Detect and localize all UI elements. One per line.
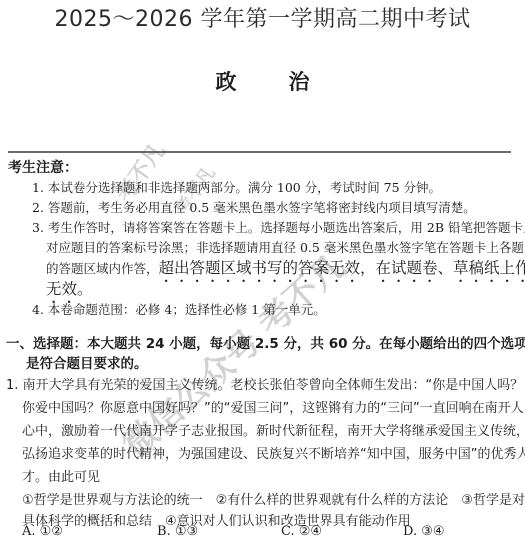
- question-statements: ①哲学是世界观与方法论的统一 ②有什么样的世界观就有什么样的方法论 ③哲学是对: [22, 489, 525, 508]
- header-divider: [8, 151, 511, 153]
- notice-item-4: 4. 本卷命题范围：必修 4；选择性必修 1 第一单元。: [32, 300, 326, 318]
- option-b: B. ①③: [157, 524, 198, 539]
- option-a: A. ①②: [22, 524, 63, 539]
- notice-item-1: 1. 本试卷分选择题和非选择题两部分。满分 100 分，考试时间 75 分钟。: [32, 178, 441, 196]
- watermark-text: 考不凡: [108, 136, 171, 208]
- notice-item-3-cont: 对应题目的答案标号涂黑；非选择题请用直径 0.5 毫米黑色墨水签字笔在答题卡上各…: [46, 238, 524, 256]
- exam-page: 2025～2026 学年第一学期高二期中考试 政治 考生注意： 1. 本试卷分选…: [0, 0, 525, 541]
- subject-char: 政: [216, 66, 237, 96]
- subject-title: 政治: [0, 66, 525, 96]
- subject-char: 治: [289, 66, 310, 96]
- question-stem-line: 你爱中国吗？你愿意中国好吗？”的“爱国三问”，这铿锵有力的“三问”一直回响在南开…: [22, 397, 524, 416]
- notice-emphasis: 超出答题区域书写的答案无效，在试题卷、草稿纸上作答: [159, 259, 525, 277]
- notice-heading: 考生注意：: [8, 157, 78, 177]
- exam-title: 2025～2026 学年第一学期高二期中考试: [0, 2, 525, 33]
- question-stem-line: 弘扬追求变革的时代精神，为强国建设、民族复兴不断培养“知中国，服务中国”的优秀人: [22, 443, 525, 462]
- question-stem-line: 1. 南开大学具有光荣的爱国主义传统。老校长张伯苓曾向全体师生发出：“你是中国人…: [6, 374, 523, 393]
- section-heading-cont: 是符合题目要求的。: [26, 352, 148, 372]
- option-c: C. ②④: [281, 524, 322, 539]
- notice-item-3: 3. 考生作答时，请将答案答在答题卡上。选择题每小题选出答案后，用 2B 铅笔把…: [32, 218, 525, 236]
- question-stem-line: 心中，激励着一代代南开学子志业报国。新时代新征程，南开大学将继承爱国主义传统，: [22, 420, 525, 439]
- option-d: D. ③④: [403, 524, 445, 539]
- notice-item-2: 2. 答题前，考生务必用直径 0.5 毫米黑色墨水签字笔将密封线内项目填写清楚。: [32, 198, 476, 216]
- question-statements-cont: 具体科学的概括和总结 ④意识对人们认识和改造世界具有能动作用: [22, 510, 411, 529]
- notice-item-3-cont2: 的答题区域内作答，超出答题区域书写的答案无效，在试题卷、草稿纸上作答: [46, 256, 525, 286]
- section-heading: 一、选择题：本大题共 24 小题，每小题 2.5 分，共 60 分。在每小题给出…: [6, 332, 525, 352]
- question-stem-line: 才。由此可见: [22, 466, 100, 485]
- notice-item-3-cont2-text: 的答题区域内作答，: [46, 261, 159, 276]
